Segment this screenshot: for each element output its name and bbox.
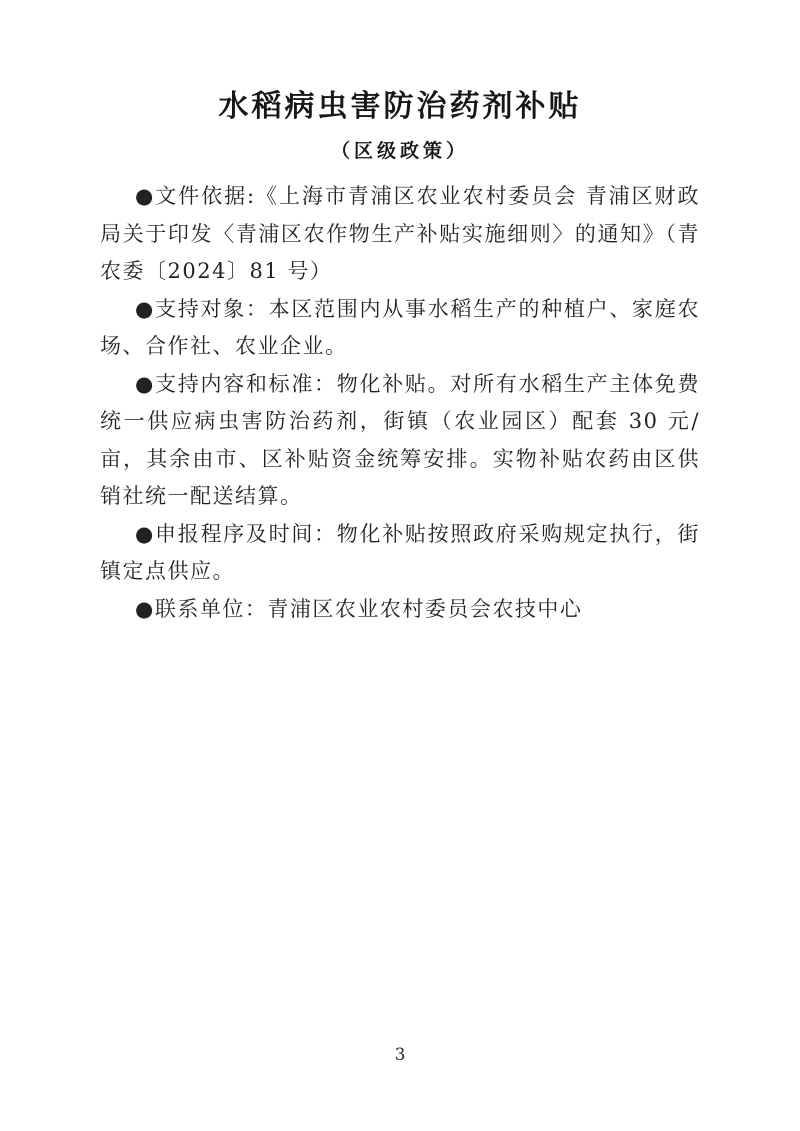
page-subtitle: （区级政策） bbox=[0, 138, 800, 164]
paragraph-contact-unit: ●联系单位：青浦区农业农村委员会农技中心 bbox=[100, 591, 700, 629]
page-title: 水稻病虫害防治药剂补贴 bbox=[0, 0, 800, 128]
page-number: 3 bbox=[0, 1045, 800, 1065]
document-page: 水稻病虫害防治药剂补贴 （区级政策） ●文件依据:《上海市青浦区农业农村委员会 … bbox=[0, 0, 800, 1131]
paragraph-support-target: ●支持对象：本区范围内从事水稻生产的种植户、家庭农场、合作社、农业企业。 bbox=[100, 291, 700, 366]
paragraph-file-basis: ●文件依据:《上海市青浦区农业农村委员会 青浦区财政局关于印发〈青浦区农作物生产… bbox=[100, 178, 700, 291]
document-body: ●文件依据:《上海市青浦区农业农村委员会 青浦区财政局关于印发〈青浦区农作物生产… bbox=[100, 178, 700, 628]
paragraph-application-procedure: ●申报程序及时间：物化补贴按照政府采购规定执行，街镇定点供应。 bbox=[100, 516, 700, 591]
paragraph-support-content: ●支持内容和标准：物化补贴。对所有水稻生产主体免费统一供应病虫害防治药剂，街镇（… bbox=[100, 366, 700, 516]
